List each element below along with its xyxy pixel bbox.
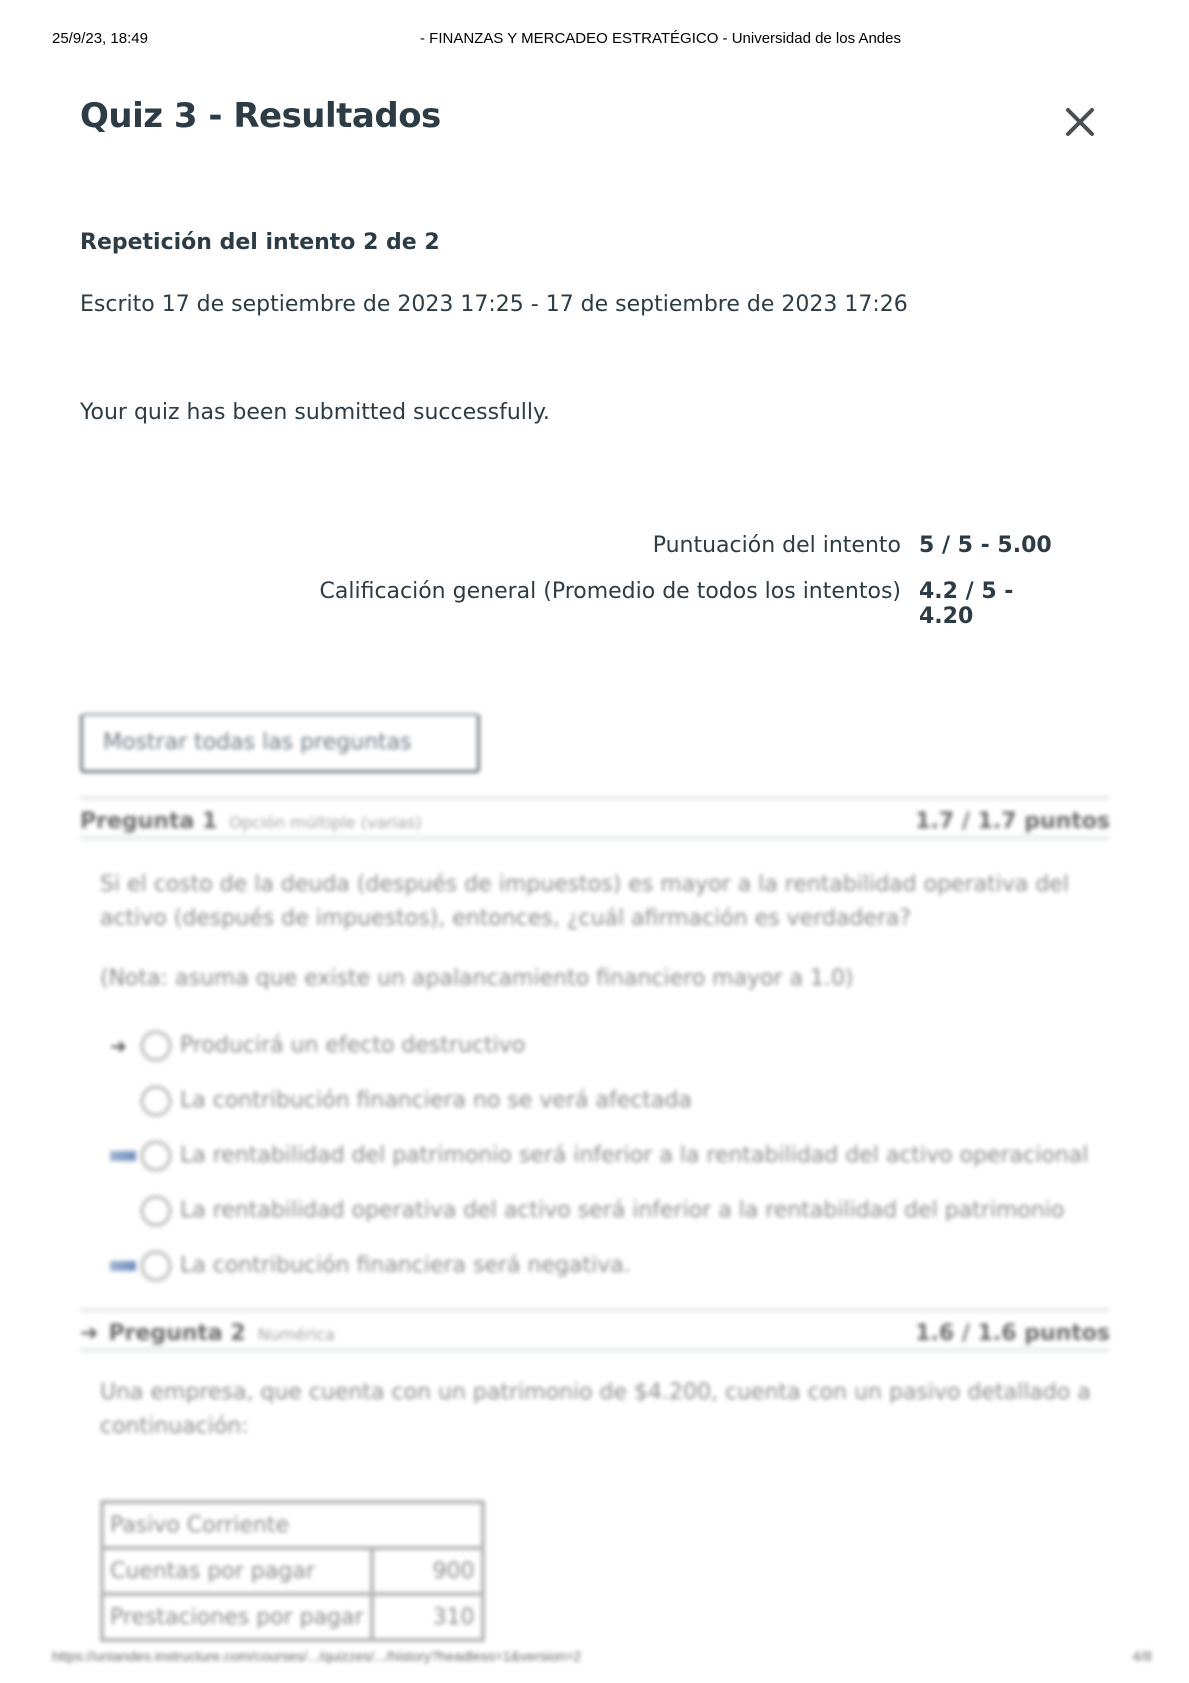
answer-option[interactable]: ➜ Producirá un efecto destructivo (110, 1018, 1088, 1073)
question-1-text: Si el costo de la deuda (después de impu… (100, 868, 1110, 936)
print-header: 25/9/23, 18:49 - FINANZAS Y MERCADEO EST… (0, 28, 1189, 48)
print-footer: https://uniandes.instructure.com/courses… (52, 1648, 1152, 1664)
liabilities-table: Pasivo Corriente Cuentas por pagar 900 P… (100, 1500, 485, 1642)
correct-answer-marker-icon (110, 1151, 136, 1161)
question-2-points: 1.6 / 1.6 puntos (915, 1321, 1110, 1346)
answer-option[interactable]: La contribución financiera no se verá af… (110, 1073, 1088, 1128)
question-2-text: Una empresa, que cuenta con un patrimoni… (100, 1376, 1110, 1444)
question-1-title: Pregunta 1Opción múltiple (varias) (80, 809, 422, 834)
selected-answer-arrow-icon: ➜ (110, 1040, 136, 1052)
close-button[interactable] (1060, 102, 1100, 142)
table-header: Pasivo Corriente (102, 1502, 483, 1548)
answer-option[interactable]: La rentabilidad del patrimonio será infe… (110, 1128, 1088, 1183)
print-datetime: 25/9/23, 18:49 (52, 30, 148, 47)
close-icon (1060, 102, 1100, 142)
table-row: Cuentas por pagar 900 (102, 1548, 483, 1594)
question-1-header: Pregunta 1Opción múltiple (varias) 1.7 /… (80, 795, 1110, 841)
print-title: - FINANZAS Y MERCADEO ESTRATÉGICO - Univ… (420, 30, 901, 47)
question-1-points: 1.7 / 1.7 puntos (915, 809, 1110, 834)
question-1-type: Opción múltiple (varias) (229, 813, 421, 832)
attempt-score-value: 5 / 5 - 5.00 (919, 533, 1069, 558)
question-2-header: ➜Pregunta 2Numérica 1.6 / 1.6 puntos (80, 1307, 1110, 1353)
print-url: https://uniandes.instructure.com/courses… (52, 1648, 581, 1664)
question-1-note: (Nota: asuma que existe un apalancamient… (100, 962, 1110, 996)
radio-button[interactable] (140, 1085, 172, 1117)
radio-button[interactable] (140, 1195, 172, 1227)
print-page-number: 4/8 (1133, 1648, 1152, 1664)
attempt-score-label: Puntuación del intento (653, 533, 901, 558)
attempt-label: Repetición del intento 2 de 2 (80, 230, 440, 255)
arrow-right-icon: ➜ (80, 1321, 98, 1346)
overall-grade-value: 4.2 / 5 - 4.20 (919, 579, 1069, 629)
radio-button[interactable] (140, 1140, 172, 1172)
correct-answer-marker-icon (110, 1261, 136, 1271)
attempt-written-time: Escrito 17 de septiembre de 2023 17:25 -… (80, 292, 908, 317)
submission-message: Your quiz has been submitted successfull… (80, 400, 550, 425)
score-summary: Puntuación del intento 5 / 5 - 5.00 Cali… (320, 533, 1069, 625)
answer-option[interactable]: La rentabilidad operativa del activo ser… (110, 1183, 1088, 1238)
table-row: Prestaciones por pagar 310 (102, 1594, 483, 1640)
radio-button[interactable] (140, 1250, 172, 1282)
show-all-questions-button[interactable]: Mostrar todas las preguntas (80, 713, 480, 773)
overall-grade-row: Calificación general (Promedio de todos … (320, 579, 1069, 625)
attempt-score-row: Puntuación del intento 5 / 5 - 5.00 (320, 533, 1069, 579)
question-2-title: ➜Pregunta 2Numérica (80, 1321, 335, 1346)
radio-button[interactable] (140, 1030, 172, 1062)
question-2-type: Numérica (258, 1325, 335, 1344)
page-title: Quiz 3 - Resultados (80, 96, 441, 136)
overall-grade-label: Calificación general (Promedio de todos … (320, 579, 901, 604)
answer-option[interactable]: La contribución financiera será negativa… (110, 1238, 1088, 1293)
question-1-answers: ➜ Producirá un efecto destructivo La con… (110, 1018, 1088, 1293)
